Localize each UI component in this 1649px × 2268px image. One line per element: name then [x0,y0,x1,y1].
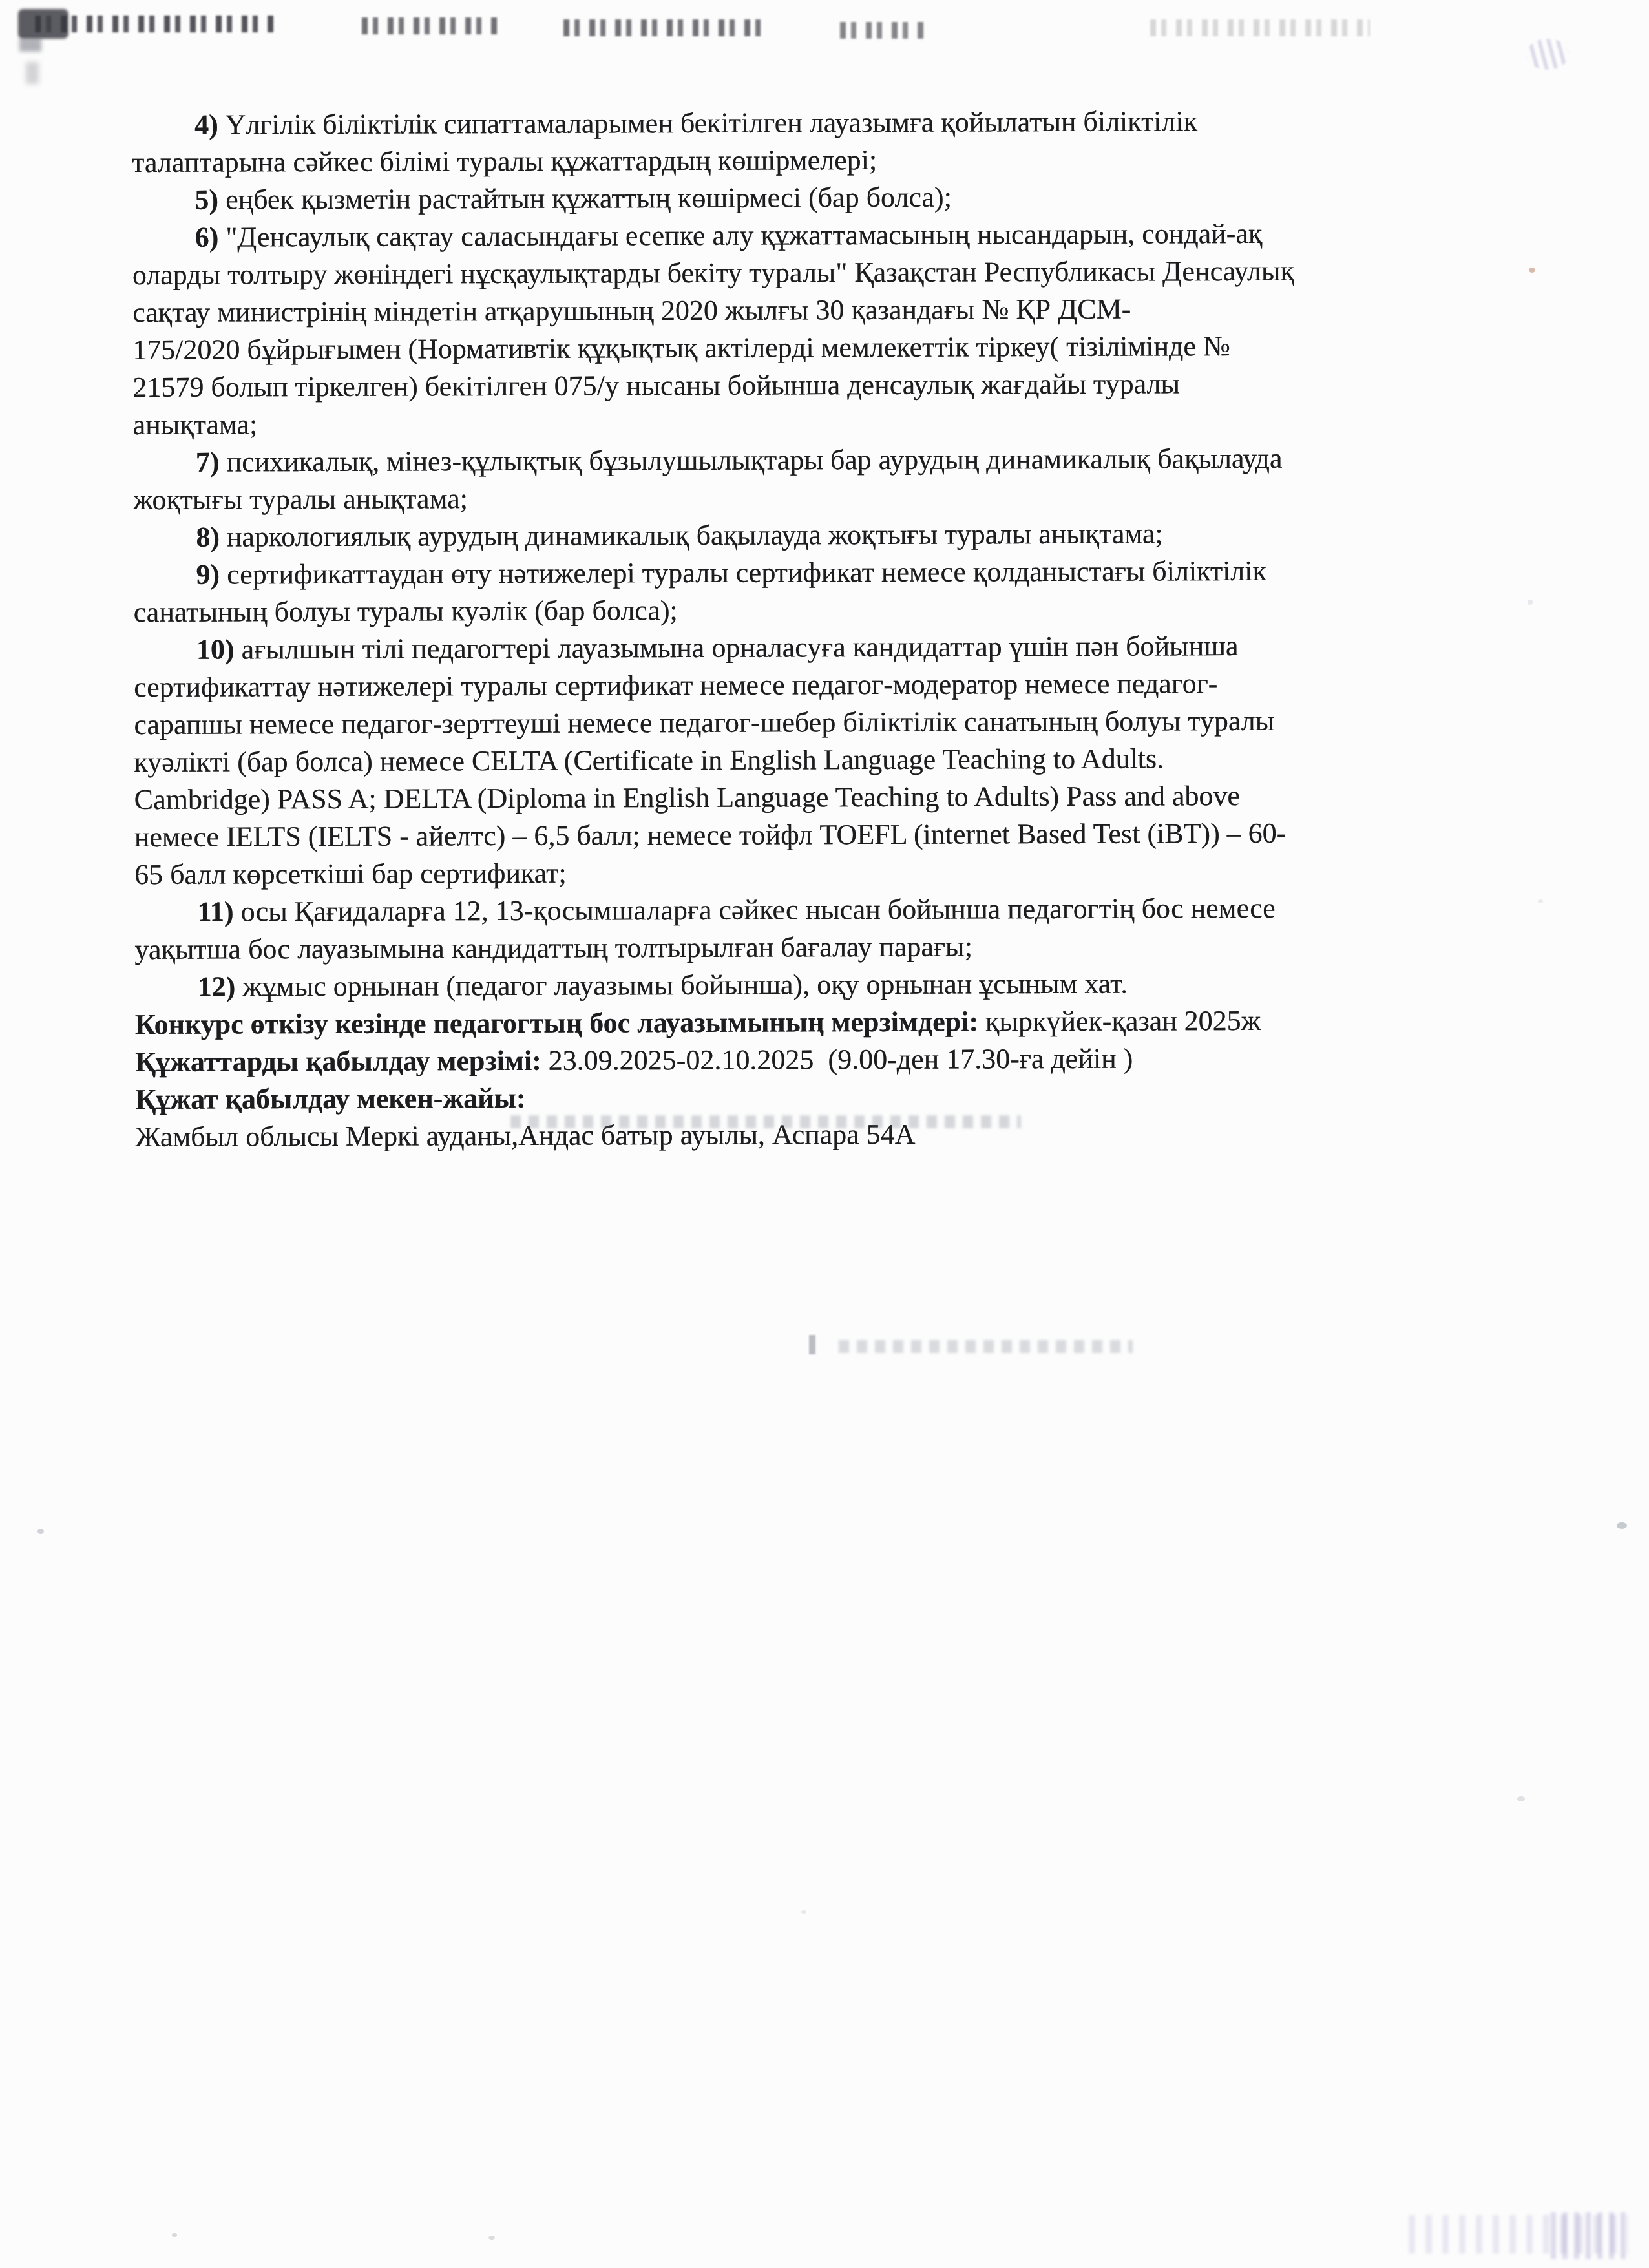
text-run: Cambridge) PASS A; DELTA (Diploma in Eng… [134,780,1240,815]
scan-smudge-top-left-tail-2 [26,62,39,84]
text-line: оларды толтыру жөніндегі нұсқаулықтарды … [132,251,1541,294]
text-line: сертификаттау нәтижелері туралы сертифик… [134,664,1542,706]
text-run: Құжаттарды қабылдау мерзімі: [135,1045,541,1078]
text-run: 23.09.2025-02.10.2025 (9.00-ден 17.30-ға… [541,1043,1133,1076]
scan-speck [801,1910,806,1914]
text-line: немесе IELTS (IELTS - айелтс) – 6,5 балл… [134,814,1543,856]
text-run: анықтама; [133,408,258,441]
scan-cutoff-text-fragment [362,17,501,34]
text-line: Конкурс өткізу кезінде педагогтың бос ла… [135,1001,1544,1044]
text-run: Конкурс өткізу кезінде педагогтың бос ла… [135,1005,978,1040]
text-line: 65 балл көрсеткіші бар сертификат; [134,851,1543,894]
text-line: уақытша бос лауазымына кандидаттың толты… [134,926,1543,969]
scan-ink-smudge-bottom-right [1409,2215,1628,2254]
text-run: еңбек қызметін растайтын құжаттың көшірм… [218,182,952,216]
text-line: Жамбыл облысы Меркі ауданы,Андас батыр а… [135,1113,1544,1156]
scan-speck [488,2236,495,2240]
scan-speck [1617,1522,1627,1529]
text-run: санатының болуы туралы куәлік (бар болса… [134,594,678,628]
text-line: сақтау министрінің міндетін атқарушының … [132,289,1541,331]
scan-cutoff-text-fragment [35,16,277,32]
scan-ink-smudge-top-right [1526,39,1569,70]
text-line: 9) сертификаттаудан өту нәтижелері турал… [133,551,1542,594]
text-run: уақытша бос лауазымына кандидаттың толты… [134,930,972,965]
text-line: 7) психикалық, мінез-құлықтық бұзылушылы… [133,439,1542,481]
document-text-block: 4) Үлгілік біліктілік сипаттамаларымен б… [132,101,1544,1156]
text-run: ағылшын тілі педагогтері лауазымына орна… [235,630,1239,665]
text-run: 175/2020 бұйрығымен (Нормативтік құқықты… [132,330,1230,366]
text-run: 6) [195,222,219,253]
scan-smudge-top-left [18,9,68,39]
scan-cutoff-text-fragment [1150,19,1370,36]
text-run: сертификаттаудан өту нәтижелері туралы с… [220,555,1266,591]
scan-ghost-text-mark [809,1335,815,1354]
text-run: Жамбыл облысы Меркі ауданы,Андас батыр а… [135,1118,915,1153]
text-line: Құжаттарды қабылдау мерзімі: 23.09.2025-… [135,1038,1544,1081]
text-run: 65 балл көрсеткіші бар сертификат; [134,857,567,890]
scan-cutoff-text-fragment [840,22,925,39]
text-run: куәлікті (бар болса) немесе CELTA (Certi… [134,742,1164,778]
text-line: 11) осы Қағидаларға 12, 13-қосымшаларға … [134,888,1543,931]
scanned-document-page: 4) Үлгілік біліктілік сипаттамаларымен б… [0,0,1649,2268]
text-run: жұмыс орнынан (педагог лауазымы бойынша)… [235,968,1128,1003]
text-run: 4) [194,109,218,141]
text-line: санатының болуы туралы куәлік (бар болса… [134,589,1542,631]
scan-speck [37,1529,44,1534]
text-run: 21579 болып тіркелген) бекітілген 075/у … [132,368,1180,403]
text-line: 5) еңбек қызметін растайтын құжаттың көш… [132,176,1540,219]
text-line: 12) жұмыс орнынан (педагог лауазымы бойы… [135,963,1544,1006]
text-run: немесе IELTS (IELTS - айелтс) – 6,5 балл… [134,817,1287,853]
text-line: 10) ағылшын тілі педагогтері лауазымына … [134,626,1542,669]
text-run: сарапшы немесе педагог-зерттеуші немесе … [134,705,1274,740]
text-line: Құжат қабылдау мекен-жайы: [135,1076,1544,1118]
text-line: жоқтығы туралы анықтама; [133,476,1542,519]
text-line: сарапшы немесе педагог-зерттеуші немесе … [134,701,1542,744]
text-line: Cambridge) PASS A; DELTA (Diploma in Eng… [134,776,1543,819]
scan-speck [172,2233,177,2237]
text-run: 12) [198,971,236,1002]
text-run: Құжат қабылдау мекен-жайы: [135,1082,525,1115]
text-line: куәлікті (бар болса) немесе CELTA (Certi… [134,739,1542,781]
text-run: 11) [197,896,233,927]
text-line: 6) "Денсаулық сақтау саласындағы есепке … [132,214,1541,257]
scan-speck [1517,1796,1525,1801]
text-run: сертификаттау нәтижелері туралы сертифик… [134,667,1218,703]
text-line: 175/2020 бұйрығымен (Нормативтік құқықты… [132,326,1541,369]
text-run: 9) [196,559,220,591]
text-run: сақтау министрінің міндетін атқарушының … [132,293,1131,328]
text-run: талаптарына сәйкес білімі туралы құжатта… [132,144,877,178]
text-run: Үлгілік біліктілік сипаттамаларымен бекі… [218,105,1198,140]
text-run: 5) [194,184,218,216]
scan-ink-smudge-bottom-right-2 [1551,2212,1628,2259]
text-run: наркологиялық аурудың динамикалық бақыла… [220,518,1163,552]
text-run: жоқтығы туралы анықтама; [133,483,468,516]
text-line: 8) наркологиялық аурудың динамикалық бақ… [133,514,1542,556]
text-run: 8) [196,521,220,553]
text-run: оларды толтыру жөніндегі нұсқаулықтарды … [132,255,1294,291]
text-line: талаптарына сәйкес білімі туралы құжатта… [132,139,1540,182]
scan-cutoff-text-fragment [563,19,765,36]
text-run: қыркүйек-қазан 2025ж [978,1005,1261,1038]
scan-ghost-text-line [839,1340,1133,1353]
text-line: 21579 болып тіркелген) бекітілген 075/у … [132,364,1541,406]
text-run: осы Қағидаларға 12, 13-қосымшаларға сәйк… [233,892,1275,928]
text-line: 4) Үлгілік біліктілік сипаттамаларымен б… [132,101,1540,144]
text-run: психикалық, мінез-құлықтық бұзылушылықта… [219,443,1282,478]
text-run: "Денсаулық сақтау саласындағы есепке алу… [218,218,1262,253]
text-run: 7) [196,446,220,478]
text-line: анықтама; [133,401,1542,444]
scan-smudge-top-left-tail [19,37,41,52]
text-run: 10) [196,633,235,665]
